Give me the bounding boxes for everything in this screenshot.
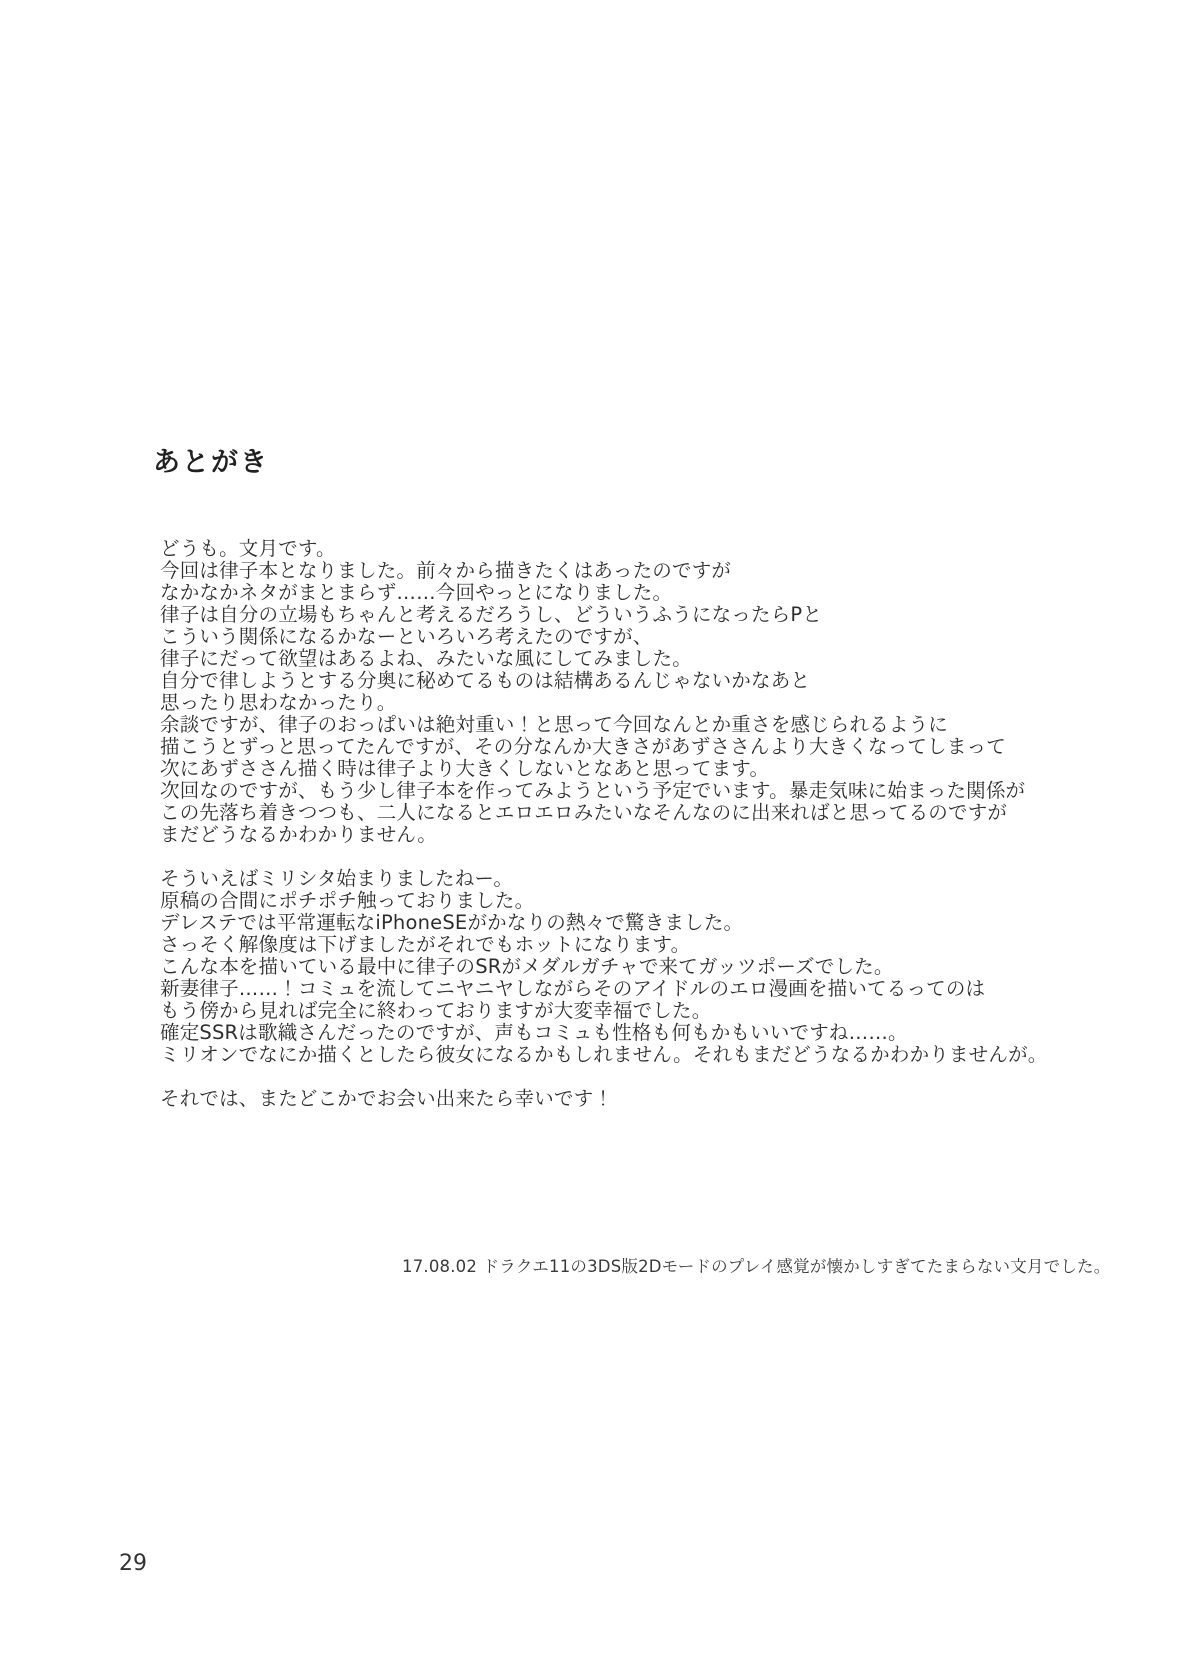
body-line: さっそく解像度は下げましたがそれでもホットになります。 — [160, 934, 1150, 956]
body-line: 次にあずささん描く時は律子より大きくしないとなあと思ってます。 — [160, 758, 1150, 780]
body-line: 確定SSRは歌織さんだったのですが、声もコミュも性格も何もかもいいですね……。 — [160, 1022, 1150, 1044]
body-line: どうも。文月です。 — [160, 538, 1150, 560]
body-line: そういえばミリシタ始まりましたねー。 — [160, 868, 1150, 890]
body-line-blank — [160, 1066, 1150, 1088]
body-line: 思ったり思わなかったり。 — [160, 692, 1150, 714]
body-line: なかなかネタがまとまらず……今回やっとになりました。 — [160, 582, 1150, 604]
body-line: もう傍から見れば完全に終わっておりますが大変幸福でした。 — [160, 1000, 1150, 1022]
body-line: 余談ですが、律子のおっぱいは絶対重い！と思って今回なんとか重さを感じられるように — [160, 714, 1150, 736]
afterword-page: あとがき どうも。文月です。 今回は律子本となりました。前々から描きたくはあった… — [0, 0, 1200, 1678]
body-line: それでは、またどこかでお会い出来たら幸いです！ — [160, 1088, 1150, 1110]
body-line: 原稿の合間にポチポチ触っておりました。 — [160, 890, 1150, 912]
body-line: 律子にだって欲望はあるよね、みたいな風にしてみました。 — [160, 648, 1150, 670]
page-title: あとがき — [153, 440, 269, 479]
body-line: デレステでは平常運転なiPhoneSEがかなりの熱々で驚きました。 — [160, 912, 1150, 934]
body-line: 律子は自分の立場もちゃんと考えるだろうし、どういうふうになったらPと — [160, 604, 1150, 626]
body-line: ミリオンでなにか描くとしたら彼女になるかもしれません。それもまだどうなるかわかり… — [160, 1044, 1150, 1066]
body-line: 自分で律しようとする分奥に秘めてるものは結構あるんじゃないかなあと — [160, 670, 1150, 692]
afterword-body: どうも。文月です。 今回は律子本となりました。前々から描きたくはあったのですが … — [160, 538, 1150, 1110]
body-line: 今回は律子本となりました。前々から描きたくはあったのですが — [160, 560, 1150, 582]
colophon-date-line: 17.08.02 ドラクエ11の3DS版2Dモードのプレイ感覚が懐かしすぎてたま… — [402, 1253, 1110, 1277]
body-line: この先落ち着きつつも、二人になるとエロエロみたいなそんなのに出来ればと思ってるの… — [160, 802, 1150, 824]
body-line: 新妻律子……！コミュを流してニヤニヤしながらそのアイドルのエロ漫画を描いてるって… — [160, 978, 1150, 1000]
body-line: こんな本を描いている最中に律子のSRがメダルガチャで来てガッツポーズでした。 — [160, 956, 1150, 978]
body-line-blank — [160, 846, 1150, 868]
body-line: まだどうなるかわかりません。 — [160, 824, 1150, 846]
body-line: 次回なのですが、もう少し律子本を作ってみようという予定でいます。暴走気味に始まっ… — [160, 780, 1150, 802]
page-number: 29 — [119, 1551, 147, 1576]
body-line: 描こうとずっと思ってたんですが、その分なんか大きさがあずささんより大きくなってし… — [160, 736, 1150, 758]
body-line: こういう関係になるかなーといろいろ考えたのですが、 — [160, 626, 1150, 648]
